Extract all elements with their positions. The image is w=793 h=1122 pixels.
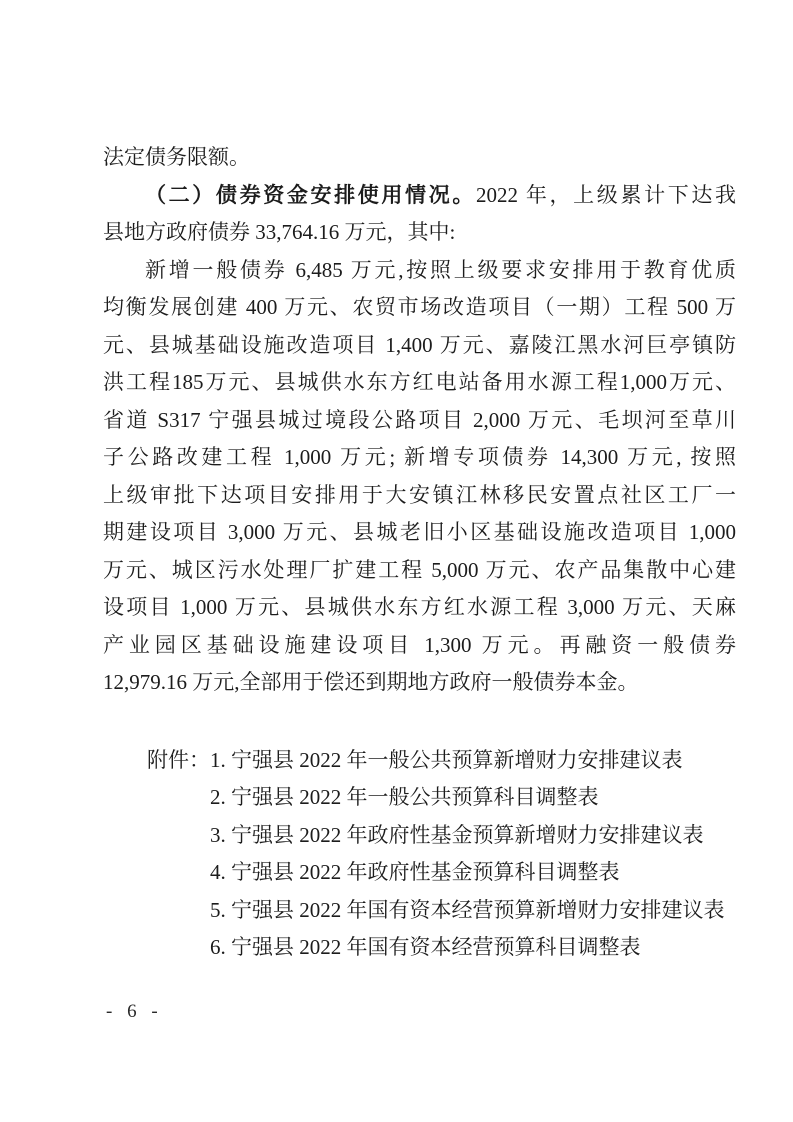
section-intro-text: 2022 年，上级累计下达我 — [476, 183, 736, 207]
page-number: - 6 - — [106, 1001, 163, 1023]
bond-detail-line: 期建设项目 3,000 万元、县城老旧小区基础设施改造项目 1,000 — [103, 514, 736, 552]
attachments-label: 附件： — [147, 742, 210, 780]
section-heading: （二）债券资金安排使用情况。 — [145, 183, 476, 207]
bond-detail-line: 12,979.16 万元,全部用于偿还到期地方政府一般债券本金。 — [103, 664, 736, 702]
attachment-item: 5. 宁强县 2022 年国有资本经营预算新增财力安排建议表 — [210, 892, 736, 930]
attachments-list: 1. 宁强县 2022 年一般公共预算新增财力安排建议表 2. 宁强县 2022… — [210, 742, 736, 967]
attachment-item: 1. 宁强县 2022 年一般公共预算新增财力安排建议表 — [210, 742, 736, 780]
attachment-item: 3. 宁强县 2022 年政府性基金预算新增财力安排建议表 — [210, 817, 736, 855]
bond-detail-line: 产业园区基础设施建设项目 1,300 万元。再融资一般债券 — [103, 627, 736, 665]
bond-detail-line: 新增一般债券 6,485 万元,按照上级要求安排用于教育优质 — [103, 252, 736, 290]
attachment-item: 6. 宁强县 2022 年国有资本经营预算科目调整表 — [210, 929, 736, 967]
carryover-line: 法定债务限额。 — [103, 139, 736, 177]
bond-detail-line: 元、县城基础设施改造项目 1,400 万元、嘉陵江黑水河巨亭镇防 — [103, 327, 736, 365]
bond-detail-line: 上级审批下达项目安排用于大安镇江林移民安置点社区工厂一 — [103, 477, 736, 515]
section-heading-line: （二）债券资金安排使用情况。2022 年，上级累计下达我 — [103, 177, 736, 215]
bond-detail-line: 万元、城区污水处理厂扩建工程 5,000 万元、农产品集散中心建 — [103, 552, 736, 590]
bond-detail-line: 设项目 1,000 万元、县城供水东方红水源工程 3,000 万元、天麻 — [103, 589, 736, 627]
attachments-section: 附件： 1. 宁强县 2022 年一般公共预算新增财力安排建议表 2. 宁强县 … — [147, 742, 736, 967]
document-page: 法定债务限额。 （二）债券资金安排使用情况。2022 年，上级累计下达我 县地方… — [0, 0, 793, 1122]
section-intro-line2: 县地方政府债券 33,764.16 万元，其中: — [103, 214, 736, 252]
bond-detail-line: 省道 S317 宁强县城过境段公路项目 2,000 万元、毛坝河至草川 — [103, 402, 736, 440]
bond-detail-line: 均衡发展创建 400 万元、农贸市场改造项目（一期）工程 500 万 — [103, 289, 736, 327]
attachment-item: 2. 宁强县 2022 年一般公共预算科目调整表 — [210, 779, 736, 817]
attachment-item: 4. 宁强县 2022 年政府性基金预算科目调整表 — [210, 854, 736, 892]
bond-detail-line: 子公路改建工程 1,000 万元; 新增专项债券 14,300 万元, 按照 — [103, 439, 736, 477]
body-text: 法定债务限额。 （二）债券资金安排使用情况。2022 年，上级累计下达我 县地方… — [103, 139, 736, 967]
bond-detail-line: 洪工程185万元、县城供水东方红电站备用水源工程1,000万元、 — [103, 364, 736, 402]
